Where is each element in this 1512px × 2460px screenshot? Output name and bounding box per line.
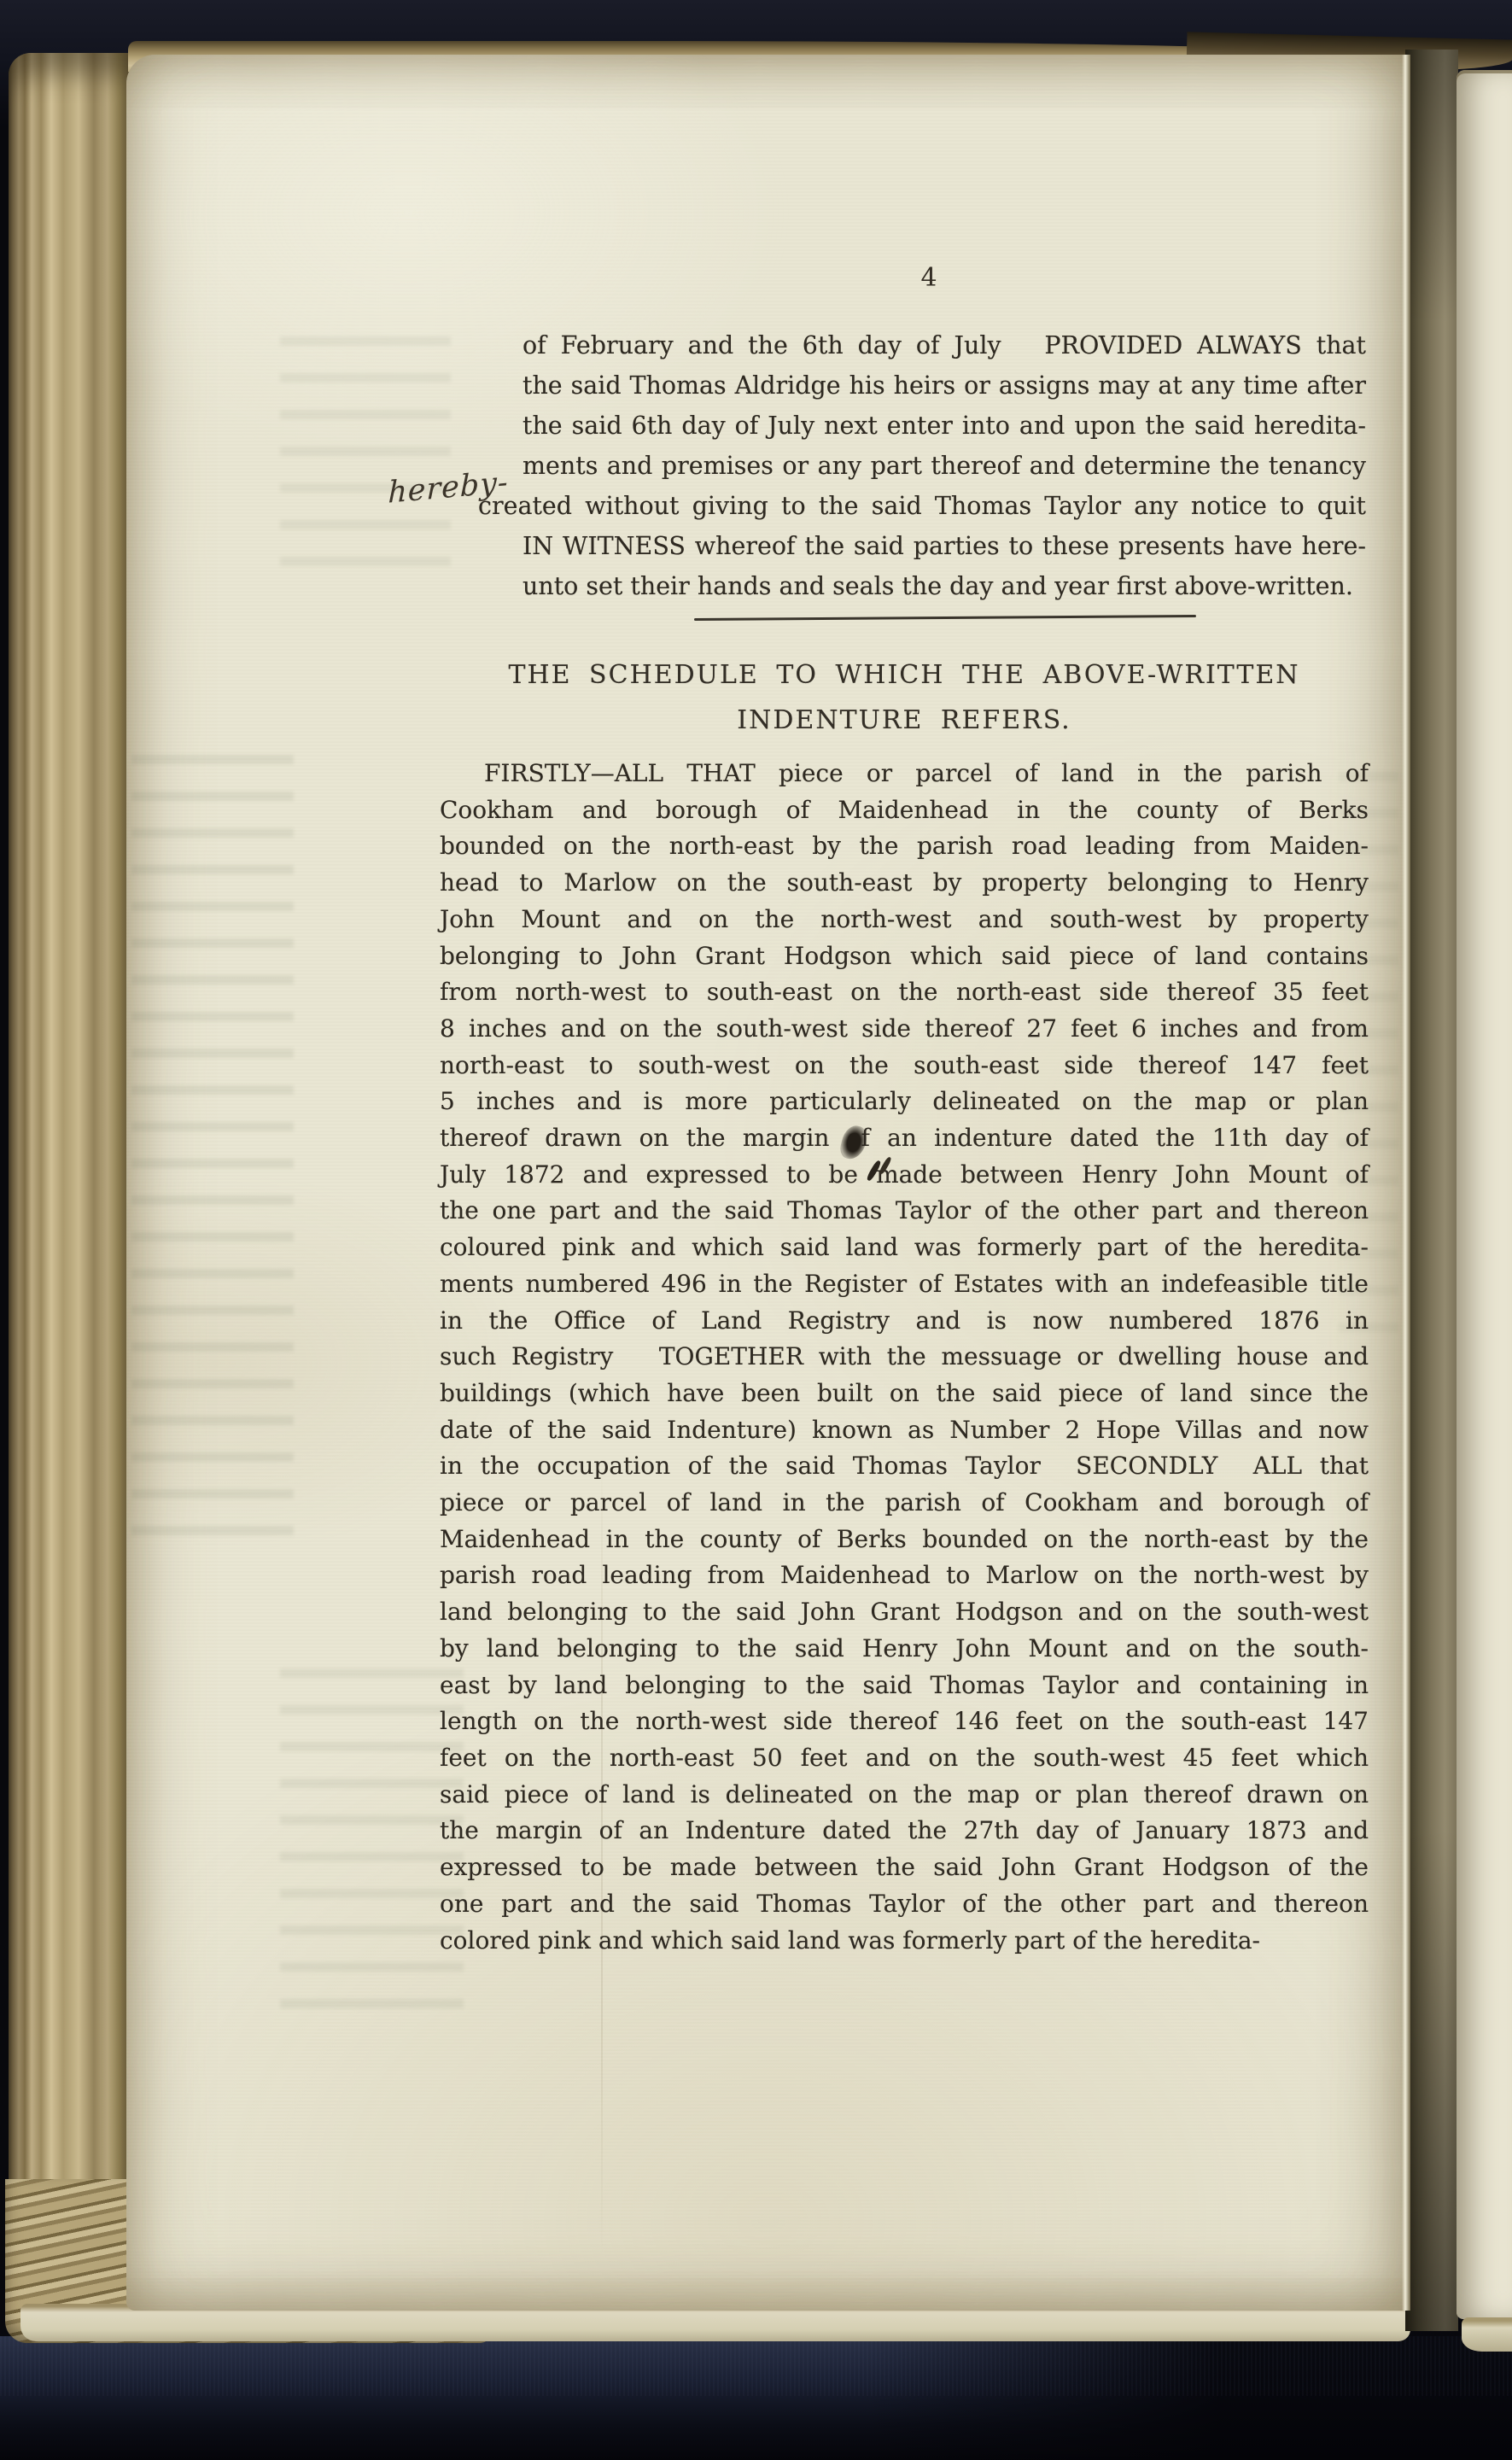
- schedule-line: date of the said Indenture) known as Num…: [440, 1412, 1369, 1449]
- showthrough-text-ghost: [280, 1668, 464, 2036]
- schedule-line: 8 inches and on the south-west side ther…: [440, 1011, 1369, 1048]
- schedule-line: feet on the north-east 50 feet and on th…: [440, 1740, 1369, 1777]
- opening-line: IN WITNESS whereof the said parties to t…: [522, 526, 1366, 566]
- schedule-line: colored pink and which said land was for…: [440, 1923, 1369, 1960]
- schedule-line: land belonging to the said John Grant Ho…: [440, 1594, 1369, 1631]
- facing-page-edge: [1457, 70, 1512, 2319]
- schedule-line: east by land belonging to the said Thoma…: [440, 1668, 1369, 1704]
- schedule-line: buildings (which have been built on the …: [440, 1376, 1369, 1412]
- schedule-line: north-east to south-west on the south-ea…: [440, 1048, 1369, 1084]
- schedule-line: said piece of land is delineated on the …: [440, 1777, 1369, 1814]
- schedule-line: in the Office of Land Registry and is no…: [440, 1303, 1369, 1340]
- showthrough-text-ghost: [280, 336, 451, 576]
- showthrough-text-ghost: [131, 755, 294, 1549]
- schedule-line: one part and the said Thomas Taylor of t…: [440, 1886, 1369, 1923]
- book-photo: 4 of February and the 6th day of July PR…: [0, 0, 1512, 2460]
- ink-blot: [837, 1119, 896, 1195]
- page-right-edge-highlight: [1402, 55, 1410, 2311]
- schedule-line: the margin of an Indenture dated the 27t…: [440, 1813, 1369, 1849]
- section-divider-rule: [694, 615, 1196, 621]
- opening-line: of February and the 6th day of July PROV…: [522, 325, 1366, 365]
- opening-line: the said Thomas Aldridge his heirs or as…: [522, 365, 1366, 406]
- opening-paragraph: of February and the 6th day of July PROV…: [522, 325, 1366, 606]
- schedule-line: John Mount and on the north-west and sou…: [440, 902, 1369, 938]
- schedule-line: belonging to John Grant Hodgson which sa…: [440, 938, 1369, 975]
- schedule-heading-line-2: INDENTURE REFERS.: [440, 698, 1369, 743]
- ink-blot-body: [838, 1123, 870, 1162]
- schedule-line: head to Marlow on the south-east by prop…: [440, 865, 1369, 902]
- page-number: 4: [878, 263, 980, 293]
- schedule-line: July 1872 and expressed to be made betwe…: [440, 1157, 1369, 1194]
- schedule-line: parish road leading from Maidenhead to M…: [440, 1557, 1369, 1594]
- gutter-shadow: [1405, 50, 1458, 2331]
- cloth-weave-texture: [0, 2336, 1512, 2396]
- schedule-line: FIRSTLY—ALL THAT piece or parcel of land…: [440, 756, 1369, 792]
- opening-line: ments and premises or any part thereof a…: [522, 446, 1366, 486]
- schedule-line: ments numbered 496 in the Register of Es…: [440, 1266, 1369, 1303]
- schedule-line: the one part and the said Thomas Taylor …: [440, 1193, 1369, 1230]
- schedule-line: Maidenhead in the county of Berks bounde…: [440, 1522, 1369, 1558]
- schedule-line: coloured pink and which said land was fo…: [440, 1230, 1369, 1266]
- schedule-line: by land belonging to the said Henry John…: [440, 1631, 1369, 1668]
- schedule-heading: THE SCHEDULE TO WHICH THE ABOVE-WRITTEN …: [440, 652, 1369, 743]
- schedule-line: thereof drawn on the margin of an indent…: [440, 1120, 1369, 1157]
- opening-line: the said 6th day of July next enter into…: [522, 406, 1366, 446]
- facing-page-fore-edge: [1462, 2317, 1512, 2352]
- schedule-line: bounded on the north-east by the parish …: [440, 828, 1369, 865]
- schedule-paragraph: FIRSTLY—ALL THAT piece or parcel of land…: [440, 756, 1369, 1959]
- ink-blot-stroke: [879, 1156, 892, 1175]
- schedule-line: from north-west to south-east on the nor…: [440, 974, 1369, 1011]
- document-page: 4 of February and the 6th day of July PR…: [126, 55, 1410, 2311]
- opening-line: created without giving to the said Thoma…: [478, 486, 1366, 526]
- opening-line: unto set their hands and seals the day a…: [522, 566, 1366, 606]
- schedule-heading-line-1: THE SCHEDULE TO WHICH THE ABOVE-WRITTEN: [440, 652, 1369, 698]
- schedule-line: piece or parcel of land in the parish of…: [440, 1485, 1369, 1522]
- schedule-line: such Registry TOGETHER with the messuage…: [440, 1339, 1369, 1376]
- schedule-line: length on the north-west side thereof 14…: [440, 1703, 1369, 1740]
- left-page-stack-edge: [9, 53, 130, 2341]
- schedule-line: Cookham and borough of Maidenhead in the…: [440, 792, 1369, 829]
- schedule-line: 5 inches and is more particularly deline…: [440, 1084, 1369, 1120]
- schedule-line: in the occupation of the said Thomas Tay…: [440, 1448, 1369, 1485]
- schedule-line: expressed to be made between the said Jo…: [440, 1849, 1369, 1886]
